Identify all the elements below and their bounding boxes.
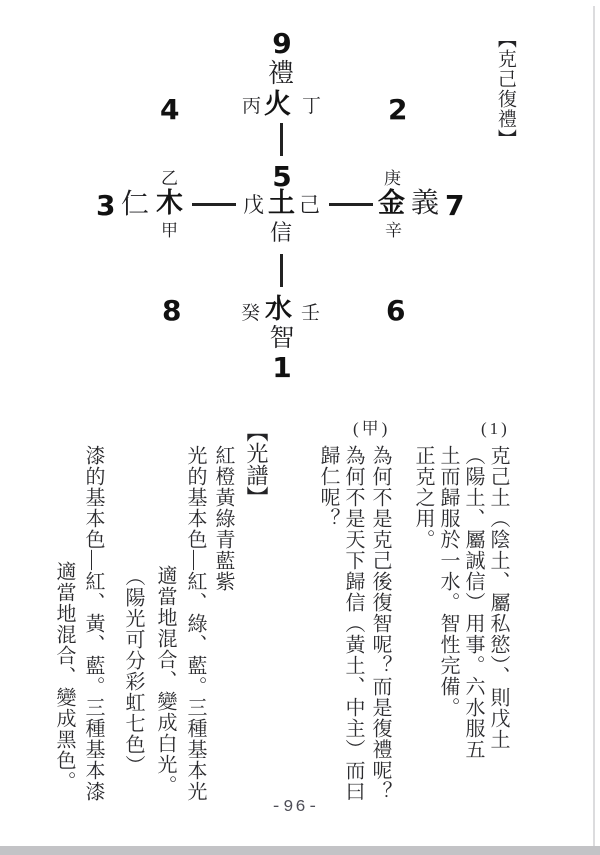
number-6: 6 bbox=[386, 297, 405, 325]
spectrum-col-3: 適當地混合、變成白光。 bbox=[153, 565, 176, 796]
stem-xin: 辛 bbox=[385, 222, 402, 239]
section-jia-col-2: 為何不是天下歸信（黃土、中主）而曰 bbox=[341, 445, 364, 802]
stem-bing: 丙 bbox=[242, 97, 261, 116]
spectrum-col-4: （陽光可分彩虹七色） bbox=[121, 566, 144, 776]
virtue-li: 禮 bbox=[268, 61, 294, 87]
section-spectrum-header: 【光譜】 bbox=[245, 420, 267, 508]
section-1-header: (1) bbox=[481, 420, 510, 437]
stem-ji: 己 bbox=[299, 195, 320, 216]
book-page: 【克己復禮】 9 禮 丙 火 丁 4 2 8 6 5 3 仁 乙 木 甲 戊 土… bbox=[0, 0, 600, 855]
page-edge-bottom bbox=[0, 846, 600, 855]
stem-gui: 癸 bbox=[241, 304, 260, 323]
stem-yi: 乙 bbox=[161, 170, 178, 187]
diagram-title: 【克己復禮】 bbox=[494, 29, 515, 149]
connector-fire-earth bbox=[280, 123, 283, 156]
section-jia-header: (甲) bbox=[353, 420, 390, 437]
stem-ding: 丁 bbox=[302, 97, 321, 116]
connector-earth-metal bbox=[329, 203, 373, 206]
number-1: 1 bbox=[272, 354, 291, 382]
section-jia-col-1: 為何不是克己後復智呢？而是復禮呢？ bbox=[368, 445, 391, 802]
number-9: 9 bbox=[272, 30, 291, 58]
number-3: 3 bbox=[96, 192, 115, 220]
element-fire: 火 bbox=[264, 91, 291, 118]
number-5: 5 bbox=[272, 163, 291, 191]
section-1-col-4: 正克之用。 bbox=[411, 445, 434, 550]
virtue-xin: 信 bbox=[270, 222, 292, 244]
section-1-col-1: 克己土（陰土、屬私慾）、則戊土 bbox=[486, 445, 509, 750]
section-jia-col-3: 歸仁呢？ bbox=[316, 445, 339, 529]
virtue-yi: 義 bbox=[411, 190, 439, 218]
spectrum-col-5: 漆的基本色—紅、黃、藍。三種基本漆 bbox=[81, 445, 104, 802]
page-number: -96- bbox=[271, 799, 320, 816]
element-wood: 木 bbox=[156, 190, 183, 217]
section-1-col-3: 土而歸服於一水。智性完備。 bbox=[436, 445, 459, 718]
number-2: 2 bbox=[388, 96, 407, 124]
number-4: 4 bbox=[160, 96, 179, 124]
stem-geng: 庚 bbox=[384, 170, 401, 187]
connector-earth-water bbox=[280, 254, 283, 287]
virtue-ren: 仁 bbox=[121, 191, 149, 219]
page-edge-right bbox=[593, 6, 595, 846]
stem-ren: 壬 bbox=[301, 304, 320, 323]
spectrum-col-6: 適當地混合、變成黑色。 bbox=[52, 561, 75, 792]
spectrum-col-2: 光的基本色—紅、綠、藍。三種基本光 bbox=[183, 445, 206, 802]
spectrum-col-1: 紅橙黃綠青藍紫 bbox=[211, 445, 234, 592]
section-1-col-2: （陽土、屬誠信）用事。六水服五 bbox=[461, 445, 484, 760]
connector-wood-earth bbox=[192, 203, 236, 206]
element-metal: 金 bbox=[378, 190, 405, 217]
stem-jia: 甲 bbox=[161, 222, 178, 239]
element-earth: 土 bbox=[268, 190, 295, 217]
stem-wu: 戊 bbox=[243, 195, 264, 216]
element-water: 水 bbox=[265, 296, 292, 323]
number-7: 7 bbox=[445, 192, 464, 220]
virtue-zhi: 智 bbox=[269, 326, 294, 351]
number-8: 8 bbox=[162, 297, 181, 325]
